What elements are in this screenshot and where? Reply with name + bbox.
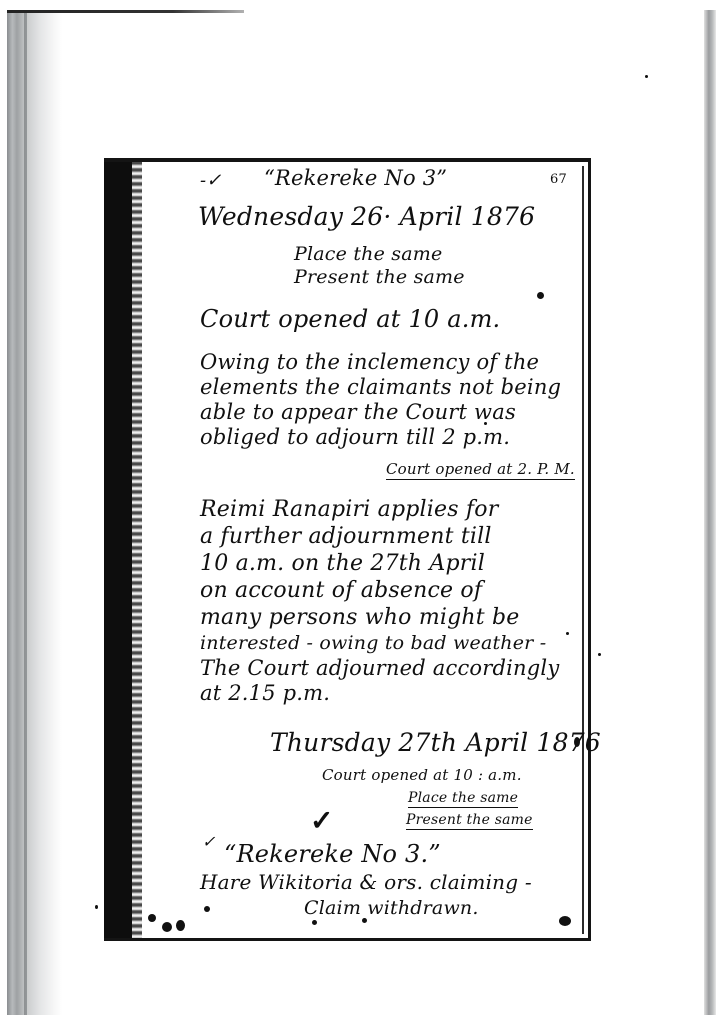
photocopy-dark-margin [104,162,132,938]
ink-blot [148,914,156,922]
claimant-line: Hare Wikitoria & ors. claiming - [200,870,532,894]
page-inner-border [582,166,584,934]
ink-blot [312,920,317,925]
claim-outcome: Claim withdrawn. [304,897,479,919]
ink-blot [362,918,367,923]
court-opened-line: Court opened at 10 a.m. [200,305,500,333]
scan-speck [645,75,648,78]
body-line: Owing to the inclemency of the [200,350,539,374]
manuscript-page: -✓ “Rekereke No 3” 67 Wednesday 26· Apri… [104,158,591,941]
right-page-edge-shadow [704,10,716,1015]
ink-speck [244,312,247,315]
ink-blot [559,916,571,926]
ink-blot [537,292,544,299]
present-line: Present the same [294,266,465,288]
scan-speck [95,905,98,909]
body-line: obliged to adjourn till 2 p.m. [200,425,510,449]
scan-speck [598,653,601,656]
body2-line: 10 a.m. on the 27th April [200,551,485,576]
scanned-document-page: -✓ “Rekereke No 3” 67 Wednesday 26· Apri… [0,0,724,1024]
body2-line: Reimi Ranapiri applies for [200,497,498,522]
body2-line: The Court adjourned accordingly [200,656,559,680]
case-block-title: “Rekereke No 3.” [224,840,441,868]
top-page-edge [7,10,244,13]
binding-line [24,10,27,1015]
body2-line: many persons who might be [200,605,520,630]
court-opened-line-thursday: Court opened at 10 : a.m. [322,766,522,784]
book-binding-shadow [7,10,62,1015]
case-title: “Rekereke No 3” [264,166,447,190]
body2-line: on account of absence of [200,578,482,603]
place-line: Place the same [294,243,442,265]
header-tick-mark: -✓ [200,170,222,191]
place-line-thursday: Place the same [408,790,518,808]
photocopy-margin-noise [132,162,142,938]
entry-date-thursday: Thursday 27th April 1876 [270,728,601,757]
court-reopened-note: Court opened at 2. P. M. [386,460,575,480]
body-line: able to appear the Court was [200,400,516,424]
ink-blot [204,906,210,912]
ink-speck [484,422,487,425]
body2-line: at 2.15 p.m. [200,681,330,705]
present-line-thursday: Present the same [406,812,533,830]
entry-date-wednesday: Wednesday 26· April 1876 [198,202,535,231]
ink-speck [566,632,569,635]
page-number: 67 [550,172,567,187]
body-line: elements the claimants not being [200,375,561,399]
check-mark-icon: ✓ [310,804,334,837]
ink-blot [574,737,580,747]
ink-blot [176,920,185,931]
body2-line: interested - owing to bad weather - [200,632,546,654]
body2-line: a further adjournment till [200,524,492,549]
tick-mark-icon: ✓ [202,832,216,851]
ink-blot [162,922,172,932]
